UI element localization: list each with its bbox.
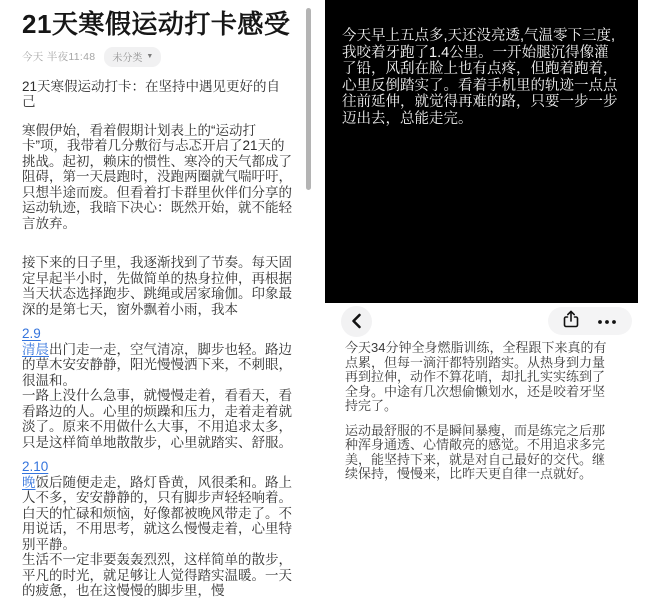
paragraph: 生活不一定非要轰轰烈烈，这样简单的散步，平凡的时光，就足够让人觉得踏实温暖。一天… [22,552,292,599]
inline-date-link[interactable]: 清晨 [22,342,49,357]
paragraph: 晚饭后随便走走，路灯昏黄，风很柔和。路上人不多，安安静静的，只有脚步声轻轻响着。… [22,475,292,553]
date-link-line: 2.9 [22,326,292,342]
chevron-down-icon: ▼ [146,53,153,60]
back-button[interactable] [341,306,372,337]
text-run: 饭后随便走走，路灯昏黄，风很柔和。路上人不多，安安静静的，只有脚步声轻轻响着。白… [22,475,292,552]
note-title: 21天寒假运动打卡感受 [22,10,292,40]
share-button[interactable] [563,310,579,333]
text-run: 生活不一定非要轰轰烈烈，这样简单的散步，平凡的时光，就足够让人觉得踏实温暖。一天… [22,552,292,598]
run-summary-text: 今天早上五点多,天还没亮透,气温零下三度,我咬着牙跑了1.4公里。一开始腿沉得像… [342,28,622,128]
text-run: 寒假伊始，看着假期计划表上的“运动打卡”项，我带着几分敷衍与忐忑开启了21天的挑… [22,123,292,231]
inline-date-link[interactable]: 2.9 [22,326,41,341]
inline-date-link[interactable]: 晚 [22,475,36,490]
text-run: 一路上没什么急事，就慢慢走着，看看天，看看路边的人。心里的烦躁和压力，走着走着就… [22,388,292,450]
date-link-line: 2.10 [22,459,292,475]
paragraph: 一路上没什么急事，就慢慢走着，看看天，看看路边的人。心里的烦躁和压力，走着走着就… [22,388,292,450]
text-run: 出门走一走，空气清凉，脚步也轻。路边的草木安安静静，阳光慢慢洒下来，不刺眼，很温… [22,342,292,388]
text-run: 21天寒假运动打卡：在坚持中遇见更好的自己 [22,79,280,110]
note-meta-row: 今天 半夜11:48 未分类 ▼ [22,47,292,67]
paragraph: 清晨出门走一走，空气清凉，脚步也轻。路边的草木安安静静，阳光慢慢洒下来，不刺眼，… [22,342,292,389]
reflection-paragraph: 运动最舒服的不是瞬间暴瘦，而是练完之后那种浑身通透、心情敞亮的感觉。不用追求多完… [345,424,613,482]
scrollbar-thumb[interactable] [306,8,311,190]
run-summary-card: 今天早上五点多,天还没亮透,气温零下三度,我咬着牙跑了1.4公里。一开始腿沉得像… [325,0,638,303]
paragraph: 寒假伊始，看着假期计划表上的“运动打卡”项，我带着几分敷衍与忐忑开启了21天的挑… [22,123,292,232]
note-timestamp: 今天 半夜11:48 [22,49,95,64]
category-chip[interactable]: 未分类 ▼ [104,47,161,67]
share-icon [563,310,579,333]
ellipsis-icon [597,312,617,330]
note-panel: 21天寒假运动打卡感受 今天 半夜11:48 未分类 ▼ 21天寒假运动打卡：在… [0,0,315,609]
more-button[interactable] [597,312,617,330]
screenshot-panel: 今天早上五点多,天还没亮透,气温零下三度,我咬着牙跑了1.4公里。一开始腿沉得像… [315,0,645,609]
toolbar-action-group [548,307,632,335]
split-view: 21天寒假运动打卡感受 今天 半夜11:48 未分类 ▼ 21天寒假运动打卡：在… [0,0,645,609]
screenshot-toolbar [315,302,645,340]
reflection-text: 今天34分钟全身燃脂训练，全程跟下来真的有点累，但每一滴汗都特别踏实。从热身到力… [345,341,613,482]
note-body: 21天寒假运动打卡：在坚持中遇见更好的自己寒假伊始，看着假期计划表上的“运动打卡… [22,79,292,599]
paragraph: 接下来的日子里，我逐渐找到了节奏。每天固定早起半小时，先做简单的热身拉伸，再根据… [22,255,292,317]
chevron-left-icon [351,313,362,329]
reflection-paragraph: 今天34分钟全身燃脂训练，全程跟下来真的有点累，但每一滴汗都特别踏实。从热身到力… [345,341,613,414]
inline-date-link[interactable]: 2.10 [22,459,48,474]
text-run: 接下来的日子里，我逐渐找到了节奏。每天固定早起半小时，先做简单的热身拉伸，再根据… [22,255,292,317]
paragraph: 21天寒假运动打卡：在坚持中遇见更好的自己 [22,79,292,110]
category-label: 未分类 [112,49,142,64]
